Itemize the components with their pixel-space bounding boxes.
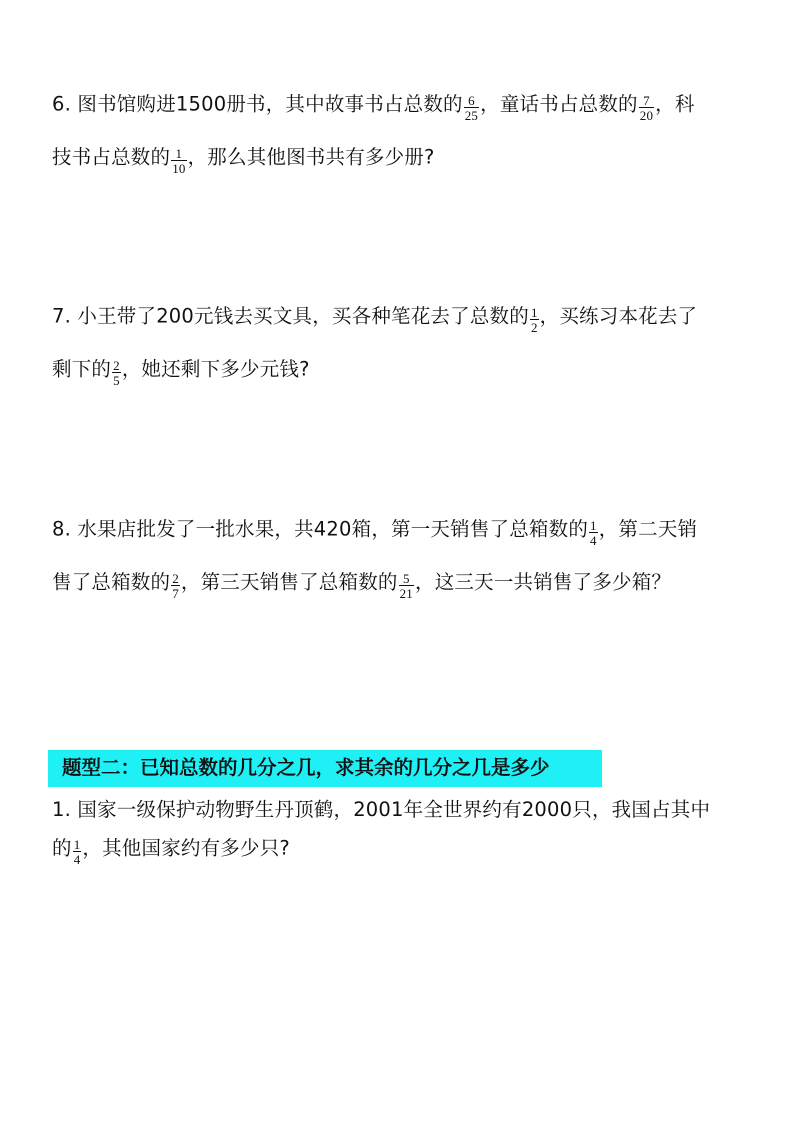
question-7-line-2: 剩下的25，她还剩下多少元钱?	[52, 356, 310, 384]
question-7-line-1: 7. 小王带了200元钱去买文具，买各种笔花去了总数的12，买练习本花去了	[52, 303, 697, 331]
question-8-line-1: 8. 水果店批发了一批水果，共420箱，第一天销售了总箱数的14，第二天销	[52, 516, 697, 544]
question-6-text: 6. 图书馆购进1500册书，其中故事书占总数的	[52, 93, 463, 116]
fraction-5-21: 521	[399, 572, 414, 600]
fraction-2-7: 27	[171, 572, 180, 600]
question-7-text: 7. 小王带了200元钱去买文具，买各种笔花去了总数的	[52, 305, 529, 328]
fraction-1-4: 14	[73, 838, 82, 866]
question-6-line-2: 技书占总数的110，那么其他图书共有多少册?	[52, 144, 435, 172]
fraction-1-4: 14	[589, 519, 598, 547]
fraction-1-2: 12	[530, 306, 539, 334]
section-question-1-text: 1. 国家一级保护动物野生丹顶鹤，2001年全世界约有2000只，我国占其中	[52, 798, 710, 821]
section-question-1-line-1: 1. 国家一级保护动物野生丹顶鹤，2001年全世界约有2000只，我国占其中	[52, 798, 710, 822]
question-8-line-2: 售了总箱数的27，第三天销售了总箱数的521，这三天一共销售了多少箱？	[52, 569, 671, 597]
section-question-1-line-2: 的14，其他国家约有多少只?	[52, 835, 290, 863]
fraction-2-5: 25	[112, 359, 121, 387]
fraction-6-25: 625	[464, 94, 479, 122]
question-6-line-1: 6. 图书馆购进1500册书，其中故事书占总数的625，童话书占总数的720，科	[52, 91, 695, 119]
fraction-7-20: 720	[639, 94, 654, 122]
question-8-text: 8. 水果店批发了一批水果，共420箱，第一天销售了总箱数的	[52, 518, 588, 541]
section-title: 题型二：已知总数的几分之几，求其余的几分之几是多少	[62, 756, 550, 780]
fraction-1-10: 110	[171, 147, 186, 175]
